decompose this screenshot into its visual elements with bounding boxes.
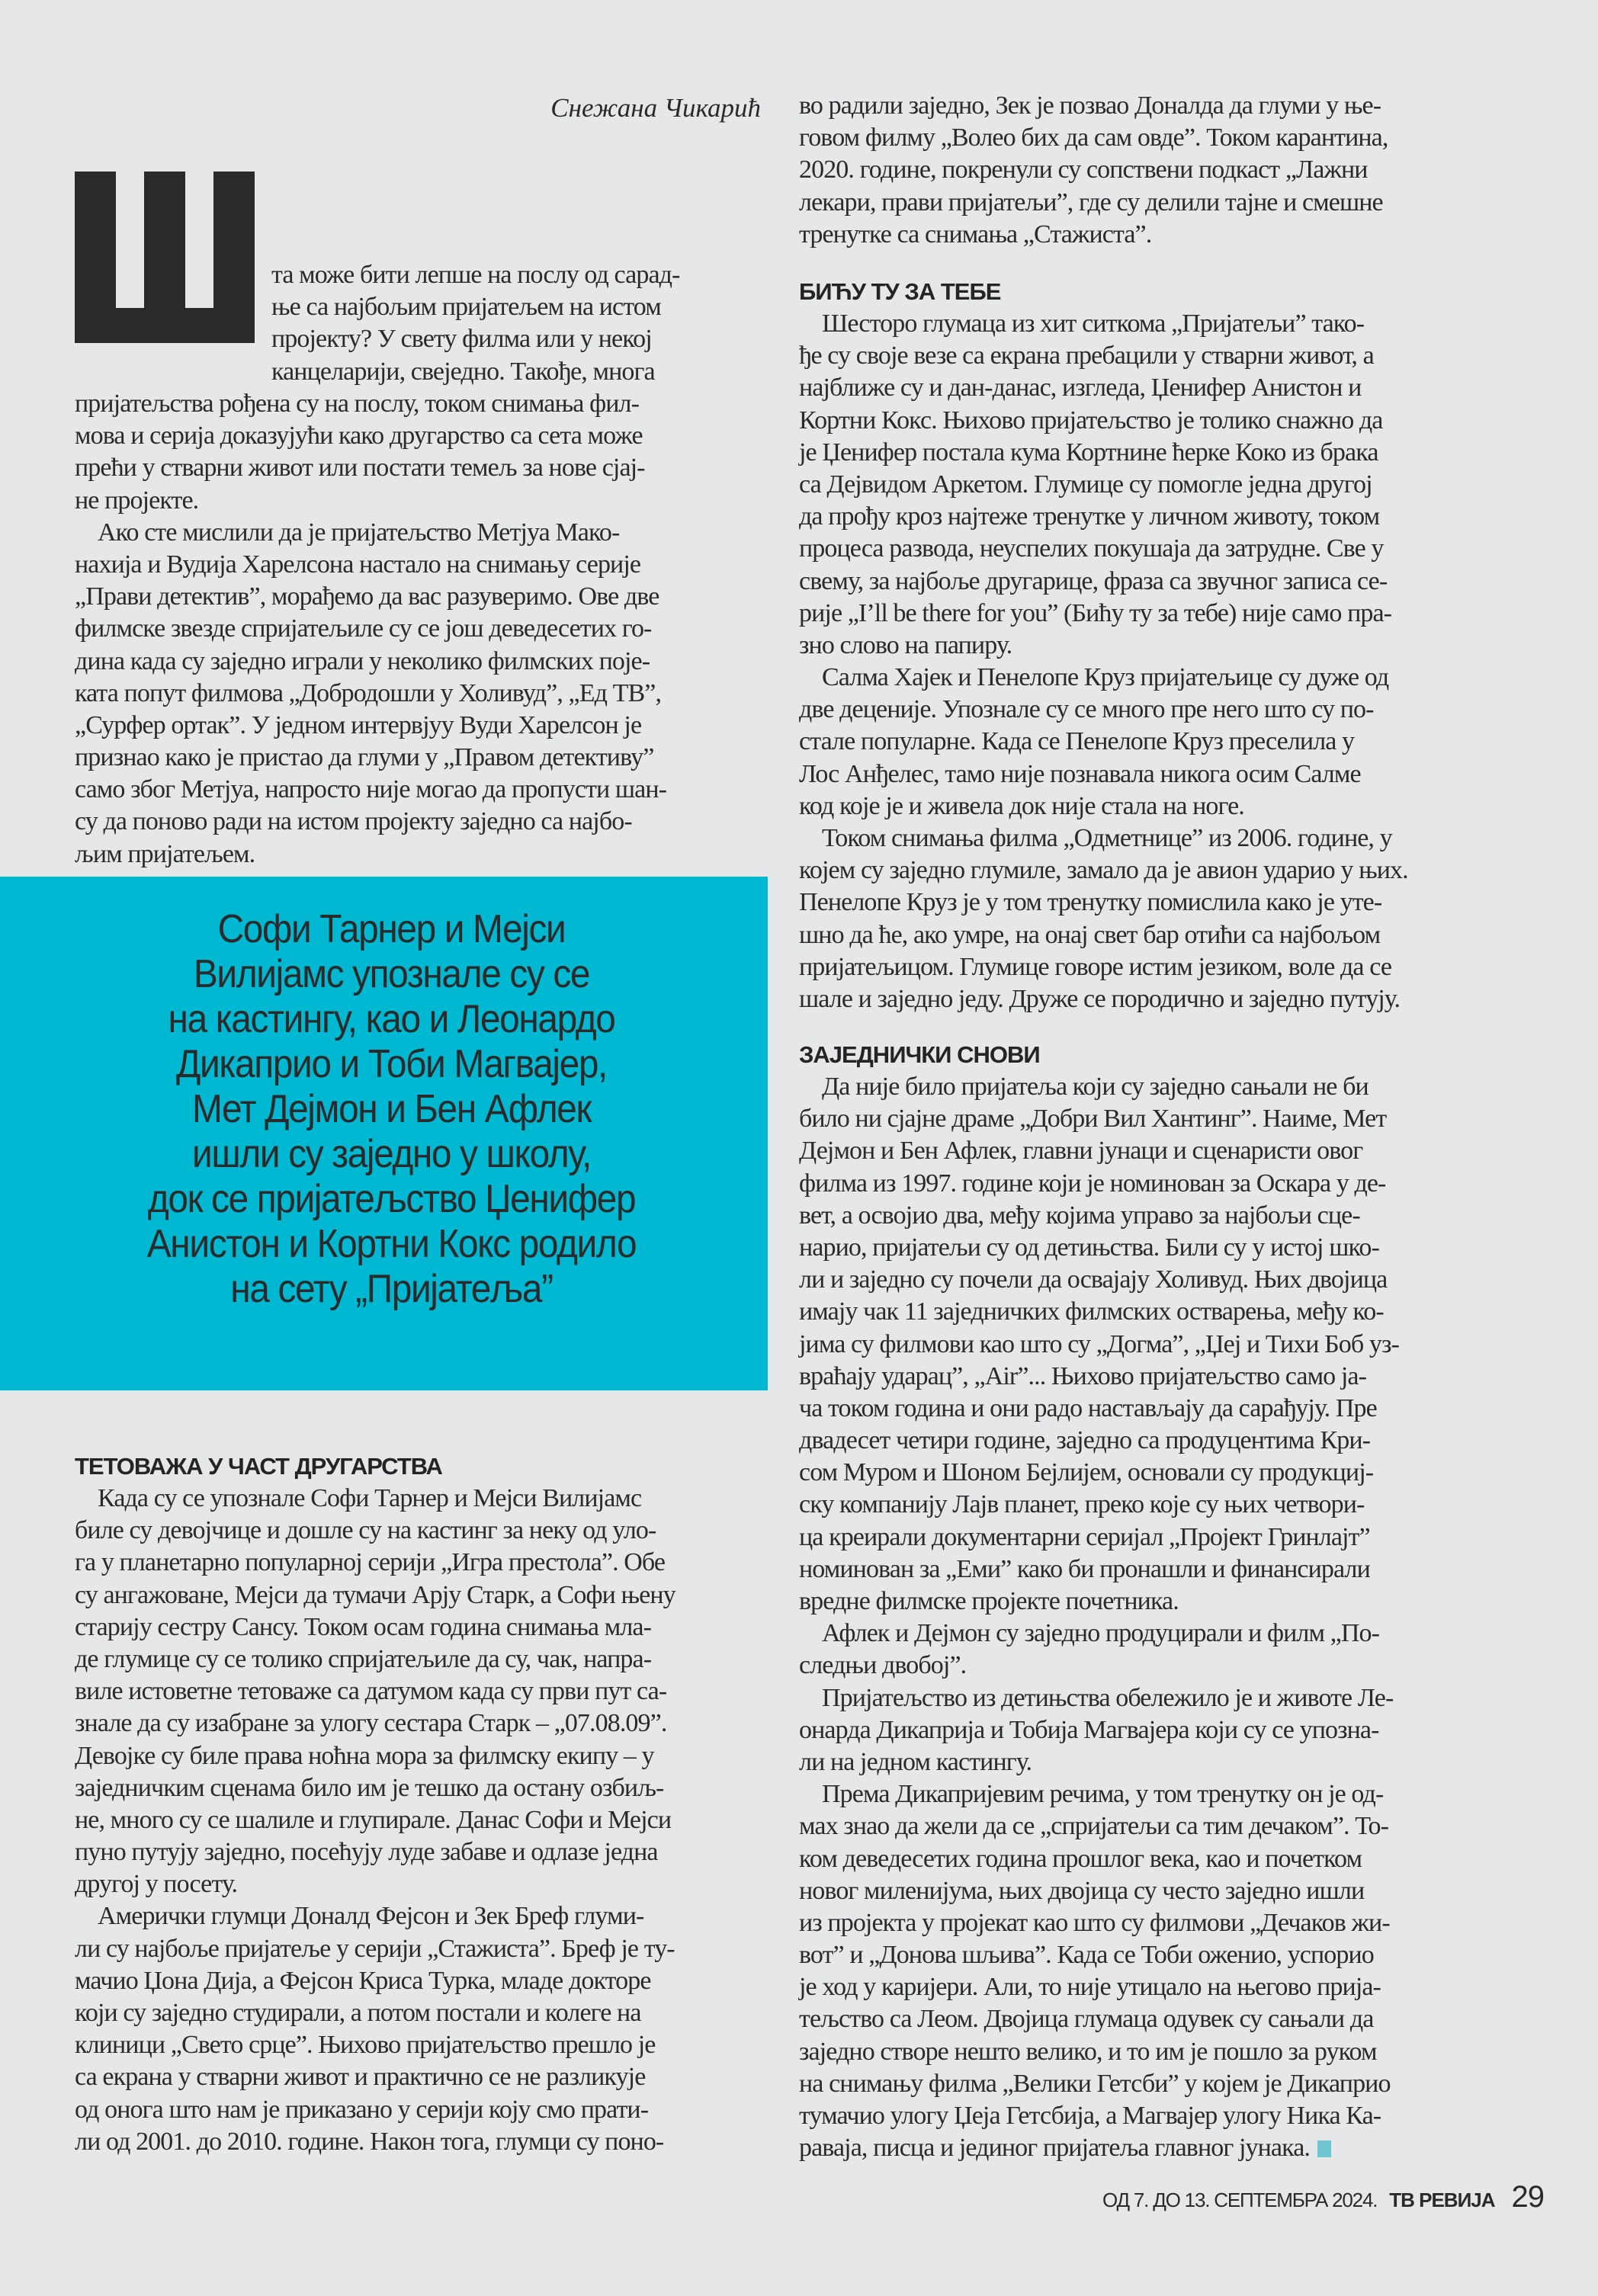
text-line: имају чак 11 заједничких филмских оствар…: [799, 1296, 1500, 1328]
text-line: двадесет четири године, заједно са проду…: [799, 1425, 1500, 1457]
right-column-section-friends: БИЋУ ТУ ЗА ТЕБЕ Шесторо глумаца из хит с…: [799, 276, 1500, 1015]
text-line: Лос Анђелес, тамо није познавала никога …: [799, 758, 1500, 790]
text-line: прећи у стварни живот или постати темељ …: [75, 452, 761, 484]
text-line: ца креирали документарни серијал „Пројек…: [799, 1522, 1500, 1554]
pull-quote-line: Анистон и Кортни Кокс родило: [45, 1222, 737, 1267]
text-line: 2020. године, покренули су сопствени под…: [799, 154, 1500, 186]
text-line: признао како је пристао да глуми у „Прав…: [75, 742, 761, 774]
text-line: другој у посету.: [75, 1868, 761, 1900]
left-column-section-tattoo: ТЕТОВАЖА У ЧАСТ ДРУГАРСТВА Када су се уп…: [75, 1451, 761, 2158]
text-line: мова и серија доказујући како другарство…: [75, 420, 761, 452]
text-line: су ангажоване, Мејси да тумачи Арју Стар…: [75, 1579, 761, 1611]
text-line: Салма Хајек и Пенелопе Круз пријатељице …: [799, 662, 1500, 694]
text-line: Шесторо глумаца из хит ситкома „Пријатељ…: [799, 308, 1500, 340]
right-column-section-dreams: ЗАЈЕДНИЧКИ СНОВИ Да није било пријатеља …: [799, 1039, 1500, 2164]
text-line: којем су заједно глумиле, замало да је а…: [799, 855, 1500, 887]
pull-quote-line: ишли су заједно у школу,: [45, 1132, 737, 1177]
text-line: ча током година и они радо настављају да…: [799, 1393, 1500, 1425]
text-line: шале и заједно једу. Друже се породично …: [799, 983, 1500, 1015]
pull-quote-line: док се пријатељство Џенифер: [45, 1177, 737, 1222]
text-line: пуно путују заједно, посећују луде забав…: [75, 1836, 761, 1868]
text-line: рије „I’ll be there for you” (Бићу ту за…: [799, 598, 1500, 630]
magazine-name: ТВ РЕВИЈА: [1389, 2189, 1494, 2211]
text-line: стале популарне. Када се Пенелопе Круз п…: [799, 726, 1500, 758]
magazine-page: Снежана Чикарић та може бити лепше на по…: [0, 0, 1598, 2296]
text-line: во радили заједно, Зек је позвао Доналда…: [799, 90, 1500, 122]
text-line: ли на једном кастингу.: [799, 1746, 1500, 1778]
text-line: процеса развода, неуспелих покушаја да з…: [799, 533, 1500, 565]
text-line: вредне филмске пројекте почетника.: [799, 1586, 1500, 1618]
text-line: Током снимања филма „Одметнице” из 2006.…: [799, 823, 1500, 855]
text-line: тренутке са снимања „Стажиста”.: [799, 219, 1500, 251]
text-line: је Џенифер постала кума Кортнине ћерке К…: [799, 437, 1500, 469]
text-line: шно да ће, ако умре, на онај свет бар от…: [799, 919, 1500, 951]
text-line: било ни сјајне драме „Добри Вил Хантинг”…: [799, 1103, 1500, 1135]
text-line: старију сестру Сансу. Током осам година …: [75, 1611, 761, 1643]
text-line: ђе су своје везе са екрана пребацили у с…: [799, 340, 1500, 372]
text-line: свему, за најбоље другарице, фраза са зв…: [799, 566, 1500, 598]
text-line: из пројекта у пројекат као што су филмов…: [799, 1907, 1500, 1939]
text-line: са екрана у стварни живот и практично се…: [75, 2061, 761, 2093]
text-line: тељство са Леом. Двојица глумаца одувек …: [799, 2003, 1500, 2035]
text-line: де глумице су се толико спријатељиле да …: [75, 1643, 761, 1676]
text-line: ката попут филмова „Добродошли у Холивуд…: [75, 678, 761, 710]
text-line: вот” и „Донова шљива”. Када се Тоби ожен…: [799, 1939, 1500, 1971]
text-line: љим пријатељем.: [75, 839, 761, 871]
page-footer: ОД 7. ДО 13. СЕПТЕМБРА 2024. ТВ РЕВИЈА 2…: [953, 2180, 1544, 2214]
text-line: са Дејвидом Аркетом. Глумице су помогле …: [799, 469, 1500, 501]
dropcap-letter: [75, 172, 255, 343]
text-line: најближе су и дан-данас, изгледа, Џенифе…: [799, 372, 1500, 404]
pull-quote-line: Софи Тарнер и Мејси: [45, 907, 737, 952]
text-line: јима су филмови као што су „Догма”, „Џеј…: [799, 1329, 1500, 1361]
section-heading: ЗАЈЕДНИЧКИ СНОВИ: [799, 1039, 1500, 1071]
text-line: да прођу кроз најтеже тренутке у личном …: [799, 501, 1500, 533]
text-line: нарио, пријатељи су од детињства. Били с…: [799, 1232, 1500, 1264]
pull-quote-box: Софи Тарнер и Мејси Вилијамс упознале су…: [0, 877, 768, 1390]
text-line: ком деведесетих година прошлог века, као…: [799, 1843, 1500, 1875]
text-line: тумачио улогу Џеја Гетсбија, а Магвајер …: [799, 2100, 1500, 2132]
text-line: Афлек и Дејмон су заједно продуцирали и …: [799, 1618, 1500, 1650]
end-of-article-square-icon: [1317, 2140, 1331, 2157]
text-line: заједно створе нешто велико, и то им је …: [799, 2036, 1500, 2068]
text-line: га у планетарно популарној серији „Игра …: [75, 1547, 761, 1579]
text-line: филмске звезде спријатељиле су се још де…: [75, 613, 761, 645]
text-line: је ход у каријери. Али, то није утицало …: [799, 1971, 1500, 2003]
text-line: ску компанију Лајв планет, преко које су…: [799, 1489, 1500, 1521]
text-line: мах знао да жели да се „спријатељи са ти…: [799, 1810, 1500, 1842]
text-line: дина када су заједно играли у неколико ф…: [75, 646, 761, 678]
text-line: следњи двобој”.: [799, 1650, 1500, 1682]
pull-quote-line: Вилијамс упознале су се: [45, 952, 737, 997]
section-heading: ТЕТОВАЖА У ЧАСТ ДРУГАРСТВА: [75, 1451, 761, 1483]
text-line: који су заједно студирали, а потом поста…: [75, 1997, 761, 2029]
left-column-body: пријатељства рођена су на послу, током с…: [75, 388, 761, 871]
dropcap-sha-glyph: [75, 172, 255, 343]
text-line: мачио Џона Дија, а Фејсон Криса Турка, м…: [75, 1965, 761, 1997]
author-byline: Снежана Чикарић: [550, 93, 761, 123]
text-line: ли и заједно су почели да освајају Холив…: [799, 1264, 1500, 1296]
text-line: ли су најбоље пријатеље у серији „Стажис…: [75, 1933, 761, 1965]
last-text-line: раваја, писца и јединог пријатеља главно…: [799, 2132, 1500, 2164]
text-line: од онога што нам је приказано у серији к…: [75, 2094, 761, 2126]
text-line: на снимању филма „Велики Гетсби” у којем…: [799, 2068, 1500, 2100]
text-line: Кортни Кокс. Њихово пријатељство је толи…: [799, 405, 1500, 437]
text-line: су да поново ради на истом пројекту заје…: [75, 806, 761, 838]
text-line: код које је и живела док није стала на н…: [799, 790, 1500, 823]
section-heading: БИЋУ ТУ ЗА ТЕБЕ: [799, 276, 1500, 308]
text-line: лекари, прави пријатељи”, где су делили …: [799, 187, 1500, 219]
right-column-top: во радили заједно, Зек је позвао Доналда…: [799, 90, 1500, 251]
text-line: канцеларији, свеједно. Такође, многа: [271, 356, 767, 388]
text-line: нахија и Вудија Харелсона настало на сни…: [75, 549, 761, 581]
text-line: Девојке су биле права ноћна мора за филм…: [75, 1740, 761, 1772]
pull-quote-line: Мет Дејмон и Бен Афлек: [45, 1087, 737, 1132]
text-line: клиници „Свето срце”. Њихово пријатељств…: [75, 2029, 761, 2061]
text-line: Дејмон и Бен Афлек, главни јунаци и сцен…: [799, 1135, 1500, 1167]
text-line: говом филму „Волео бих да сам овде”. Ток…: [799, 122, 1500, 154]
text-line: не пројекте.: [75, 485, 761, 517]
text-line: ли од 2001. до 2010. године. Након тога,…: [75, 2126, 761, 2158]
text-line: виле истоветне тетоваже са датумом када …: [75, 1676, 761, 1708]
text-line: не, много су се шалиле и глупирале. Дана…: [75, 1804, 761, 1836]
text-line: Када су се упознале Софи Тарнер и Мејси …: [75, 1483, 761, 1515]
text-line: сом Муром и Шоном Бејлијем, основали су …: [799, 1457, 1500, 1489]
text-line: знале да су изабране за улогу сестара Ст…: [75, 1708, 761, 1740]
text-line: две деценије. Упознале су се много пре н…: [799, 694, 1500, 726]
text-line-content: раваја, писца и јединог пријатеља главно…: [799, 2134, 1310, 2162]
text-line: филма из 1997. године који је номинован …: [799, 1168, 1500, 1200]
text-line: „Сурфер ортак”. У једном интервјуу Вуди …: [75, 710, 761, 742]
text-line: номинован за „Еми” како би пронашли и фи…: [799, 1554, 1500, 1586]
text-line: новог миленијума, њих двојица су често з…: [799, 1875, 1500, 1907]
text-line: вет, а освојио два, међу којима управо з…: [799, 1200, 1500, 1232]
text-line: Ако сте мислили да је пријатељство Метју…: [75, 517, 761, 549]
text-line: „Прави детектив”, морађемо да вас разуве…: [75, 581, 761, 613]
text-line: биле су девојчице и дошле су на кастинг …: [75, 1515, 761, 1547]
text-line: Амерички глумци Доналд Фејсон и Зек Бреф…: [75, 1900, 761, 1932]
text-line: пројекту? У свету филма или у некој: [271, 323, 767, 355]
issue-date: ОД 7. ДО 13. СЕПТЕМБРА 2024.: [1102, 2189, 1377, 2211]
text-line: враћају ударац”, „Air”... Њихово пријате…: [799, 1361, 1500, 1393]
page-number: 29: [1512, 2180, 1545, 2214]
text-line: Пенелопе Круз је у том тренутку помислил…: [799, 887, 1500, 919]
text-line: пријатељства рођена су на послу, током с…: [75, 388, 761, 420]
pull-quote-line: Дикаприо и Тоби Магвајер,: [45, 1042, 737, 1087]
text-line: пријатељицом. Глумице говоре истим језик…: [799, 951, 1500, 983]
pull-quote-line: на сету „Пријатеља”: [45, 1267, 737, 1312]
pull-quote-line: на кастингу, као и Леонардо: [45, 997, 737, 1042]
text-line: Пријатељство из детињства обележило је и…: [799, 1682, 1500, 1714]
text-line: та може бити лепше на послу од сарад-: [271, 259, 767, 291]
text-line: Према Дикапријевим речима, у том тренутк…: [799, 1778, 1500, 1810]
text-line: зно слово на папиру.: [799, 630, 1500, 662]
text-line: ње са најбољим пријатељем на истом: [271, 291, 767, 323]
text-line: Да није било пријатеља који су заједно с…: [799, 1071, 1500, 1103]
text-line: заједничким сценама било им је тешко да …: [75, 1772, 761, 1804]
intro-beside-dropcap: та може бити лепше на послу од сарад- ње…: [271, 259, 767, 388]
text-line: само због Метјуа, напросто није могао да…: [75, 774, 761, 806]
text-line: онарда Дикаприја и Тобија Магвајера који…: [799, 1714, 1500, 1746]
